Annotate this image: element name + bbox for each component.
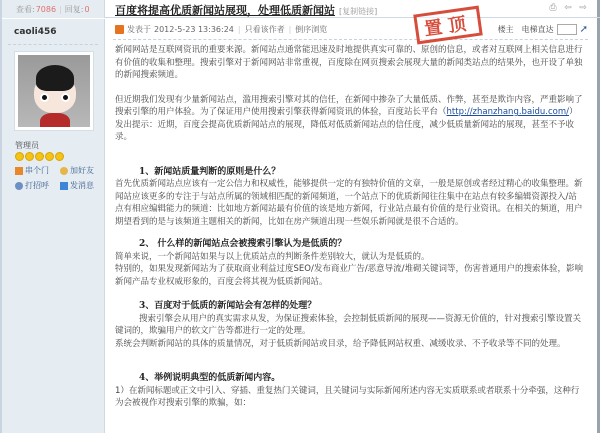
section-body-4: 1）在新闻标题或正文中引入、穿插、重复热门关键词，且关键词与实际新闻所述内容无实… [115, 385, 585, 410]
star-icon [45, 152, 54, 161]
go-icon[interactable]: ➚ [580, 24, 588, 35]
author-username[interactable]: caoli456 [14, 27, 57, 37]
prev-thread-icon[interactable]: ⇦ [563, 3, 573, 13]
thread-header: 查看: 7086 | 回复: 0 百度将提高优质新闻站展现，处理低质新闻站 [复… [0, 0, 600, 18]
home-icon [15, 167, 23, 175]
author-role: 管理员 [15, 140, 39, 151]
posted-label: 发表于 [127, 24, 151, 35]
reverse-view-link[interactable]: 倒序浏览 [295, 24, 327, 35]
section-heading-1: 1、新闻站质量判断的原则是什么？ [115, 166, 585, 179]
avatar-eye-right [61, 93, 70, 102]
rank-stars [15, 152, 64, 161]
only-author-link[interactable]: 只看该作者 [245, 24, 285, 35]
floor-jump-input[interactable] [557, 24, 577, 35]
section-heading-4: 4、举例说明典型的低质新闻内容。 [115, 372, 585, 385]
views-count: 7086 [36, 5, 56, 14]
star-icon [15, 152, 24, 161]
copy-link-button[interactable]: [复制链接] [339, 6, 377, 17]
section-heading-3: 3、百度对于低质的新闻站会有怎样的处理？ [115, 300, 585, 313]
title-wrap: 百度将提高优质新闻站展现，处理低质新闻站 [复制链接] [115, 2, 377, 18]
author-online-icon [115, 25, 124, 34]
spacer [115, 144, 585, 156]
floor-tools: 楼主 电梯直达 ➚ [498, 24, 588, 35]
star-icon [35, 152, 44, 161]
section-heading-2: 2、 什么样的新闻站点会被搜索引擎认为是低质的？ [115, 238, 585, 251]
section-body-1: 首先优质新闻站点应该有一定公信力和权威性，能够提供一定的有独特价值的文章，一般是… [115, 178, 585, 228]
greet-icon [15, 182, 23, 190]
avatar-image [18, 55, 90, 127]
section-body-2b: 特别的，如果发现新闻站为了获取商业利益过度SEO/发布商业广告/恶意导流/堆砌关… [115, 263, 585, 288]
add-friend-button[interactable]: 加好友 [60, 165, 102, 176]
spacer [115, 228, 585, 238]
section-body-2a: 简单来说，一个新闻站如果与以上优质站点的判断条件差别较大，就认为是低质的。 [115, 251, 585, 264]
avatar-hair [36, 65, 74, 91]
floor-label: 楼主 [498, 24, 514, 35]
add-friend-icon [60, 167, 68, 175]
info-separator: | [238, 25, 241, 34]
post-info-bar: 发表于 2012-5-23 13:36:24 | 只看该作者 | 倒序浏览 [115, 24, 327, 35]
message-icon [60, 182, 68, 190]
content-divider [113, 39, 588, 40]
spacer [115, 288, 585, 300]
stats-separator: | [59, 5, 62, 14]
avatar[interactable] [14, 51, 94, 131]
spacer [115, 362, 585, 372]
author-sidebar: caoli456 管理员 串个门 加好友 打招呼 [2, 19, 105, 433]
message-button[interactable]: 发消息 [60, 180, 102, 191]
avatar-eye-left [40, 93, 49, 102]
next-thread-icon[interactable]: ⇨ [578, 3, 588, 13]
sidebar-divider [8, 44, 98, 45]
notice-paragraph: 但近期我们发现有少量新闻站点，滥用搜索引擎对其的信任，在新闻中掺杂了大量低质、作… [115, 94, 585, 144]
info-separator: | [289, 25, 292, 34]
replies-count: 0 [84, 5, 89, 14]
section-body-3a: 搜索引擎会从用户的真实需求从发，为保证搜索体验，会控制低质新闻的展现——资源无价… [115, 313, 585, 338]
thread-title[interactable]: 百度将提高优质新闻站展现，处理低质新闻站 [115, 2, 335, 18]
star-icon [25, 152, 34, 161]
greet-button[interactable]: 打招呼 [15, 180, 57, 191]
section-body-3b: 系统会判断新闻站的具体的质量情况，对于低质新闻站或目录，给予降低网站权重、减缓收… [115, 338, 585, 351]
views-label: 查看: [16, 4, 35, 15]
thread-tools: ⎙ ⇦ ⇨ [548, 3, 588, 13]
author-actions: 串个门 加好友 打招呼 发消息 [15, 165, 105, 191]
greet-label: 打招呼 [25, 180, 49, 191]
replies-label: 回复: [65, 4, 84, 15]
spacer [115, 156, 585, 166]
spacer [115, 350, 585, 362]
star-icon [55, 152, 64, 161]
spacer [115, 82, 585, 94]
avatar-body [40, 113, 70, 127]
visit-label: 串个门 [25, 165, 49, 176]
post-content: 新闻网站是互联网资讯的重要来源。新闻站点通常能迅速及时地提供真实可靠的、原创的信… [115, 44, 585, 410]
message-label: 发消息 [70, 180, 94, 191]
thread-stats: 查看: 7086 | 回复: 0 [2, 0, 105, 18]
print-icon[interactable]: ⎙ [548, 3, 558, 13]
intro-paragraph: 新闻网站是互联网资讯的重要来源。新闻站点通常能迅速及时地提供真实可靠的、原创的信… [115, 44, 585, 82]
add-friend-label: 加好友 [70, 165, 94, 176]
post-timestamp: 2012-5-23 13:36:24 [154, 25, 234, 34]
visit-button[interactable]: 串个门 [15, 165, 57, 176]
zhanzhang-link[interactable]: http://zhanzhang.baidu.com/ [447, 107, 570, 117]
jump-label: 电梯直达 [522, 24, 554, 35]
